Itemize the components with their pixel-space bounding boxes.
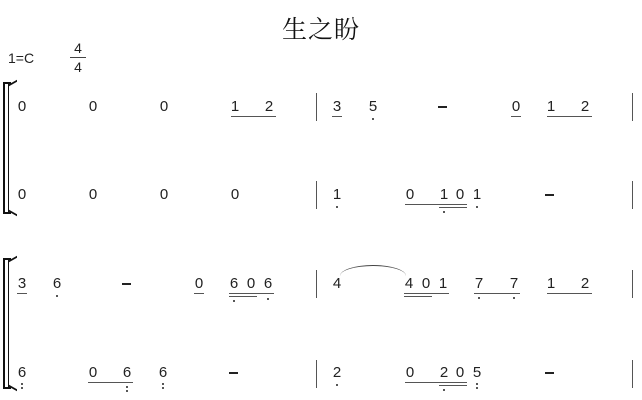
underline: [404, 293, 449, 294]
lower-octave-dot: [513, 297, 515, 299]
underline: [547, 116, 592, 117]
lower-octave-dot: [443, 211, 445, 213]
lower-octave-dot: [162, 387, 164, 389]
note: 0: [404, 364, 416, 382]
note: 1: [438, 186, 450, 204]
note: 5: [367, 98, 379, 116]
note: 6: [16, 364, 28, 382]
barline: [316, 270, 317, 298]
note: 3: [16, 275, 28, 293]
song-title: 生之盼: [0, 10, 642, 46]
barline: [316, 360, 317, 388]
note: 0: [193, 275, 205, 293]
dash: [229, 372, 238, 374]
tie-slur: [340, 265, 406, 276]
note: 2: [579, 98, 591, 116]
underline: [547, 293, 592, 294]
note: 1: [437, 275, 449, 293]
dash: [545, 372, 554, 374]
note: 2: [263, 98, 275, 116]
barline: [632, 270, 633, 298]
lower-octave-dot: [336, 206, 338, 208]
underline: [511, 116, 521, 117]
underline: [229, 293, 274, 294]
underline: [231, 116, 276, 117]
underline: [17, 293, 27, 294]
note: 3: [331, 98, 343, 116]
time-fraction-bar: [70, 57, 86, 58]
note: 6: [228, 275, 240, 293]
lower-octave-dot: [476, 387, 478, 389]
note: 0: [87, 364, 99, 382]
note: 1: [545, 98, 557, 116]
lower-octave-dot: [478, 297, 480, 299]
note: 0: [454, 186, 466, 204]
barline: [316, 93, 317, 121]
note: 0: [404, 186, 416, 204]
dash: [122, 283, 131, 285]
lower-octave-dot: [476, 206, 478, 208]
underline: [474, 293, 520, 294]
barline: [632, 360, 633, 388]
note: 2: [579, 275, 591, 293]
underline: [88, 382, 133, 383]
underline-second: [439, 207, 467, 208]
note: 0: [87, 98, 99, 116]
lower-octave-dot: [56, 295, 58, 297]
note: 0: [158, 186, 170, 204]
lower-octave-dot: [233, 300, 235, 302]
lower-octave-dot: [162, 383, 164, 385]
time-signature: 4 4: [70, 40, 86, 75]
note: 7: [473, 275, 485, 293]
key-signature: 1=C: [8, 50, 34, 66]
underline: [405, 382, 467, 383]
lower-octave-dot: [21, 383, 23, 385]
system-bracket: [3, 258, 11, 389]
time-denominator: 4: [70, 59, 86, 75]
lower-octave-dot: [126, 386, 128, 388]
note: 0: [245, 275, 257, 293]
lower-octave-dot: [21, 387, 23, 389]
underline: [405, 204, 467, 205]
dash: [438, 106, 447, 108]
note: 1: [471, 186, 483, 204]
note: 4: [403, 275, 415, 293]
barline: [316, 181, 317, 209]
note: 6: [51, 275, 63, 293]
lower-octave-dot: [443, 389, 445, 391]
note: 0: [158, 98, 170, 116]
note: 0: [229, 186, 241, 204]
lower-octave-dot: [126, 390, 128, 392]
note: 6: [157, 364, 169, 382]
note: 1: [229, 98, 241, 116]
lower-octave-dot: [476, 383, 478, 385]
barline: [632, 93, 633, 121]
note: 0: [87, 186, 99, 204]
note: 0: [510, 98, 522, 116]
note: 0: [16, 186, 28, 204]
underline-second: [404, 296, 432, 297]
note: 1: [331, 186, 343, 204]
note: 6: [262, 275, 274, 293]
note: 7: [508, 275, 520, 293]
underline-second: [439, 385, 467, 386]
system-bracket: [3, 82, 11, 214]
barline: [632, 181, 633, 209]
lower-octave-dot: [372, 118, 374, 120]
note: 4: [331, 275, 343, 293]
bracket-inner-line: [8, 260, 9, 387]
note: 0: [16, 98, 28, 116]
underline: [194, 293, 204, 294]
note: 0: [420, 275, 432, 293]
note: 2: [438, 364, 450, 382]
note: 6: [121, 364, 133, 382]
time-numerator: 4: [70, 40, 86, 56]
note: 5: [471, 364, 483, 382]
underline-second: [229, 296, 257, 297]
bracket-inner-line: [8, 84, 9, 212]
underline: [332, 116, 342, 117]
note: 0: [454, 364, 466, 382]
note: 1: [545, 275, 557, 293]
lower-octave-dot: [267, 298, 269, 300]
lower-octave-dot: [336, 384, 338, 386]
dash: [545, 194, 554, 196]
note: 2: [331, 364, 343, 382]
